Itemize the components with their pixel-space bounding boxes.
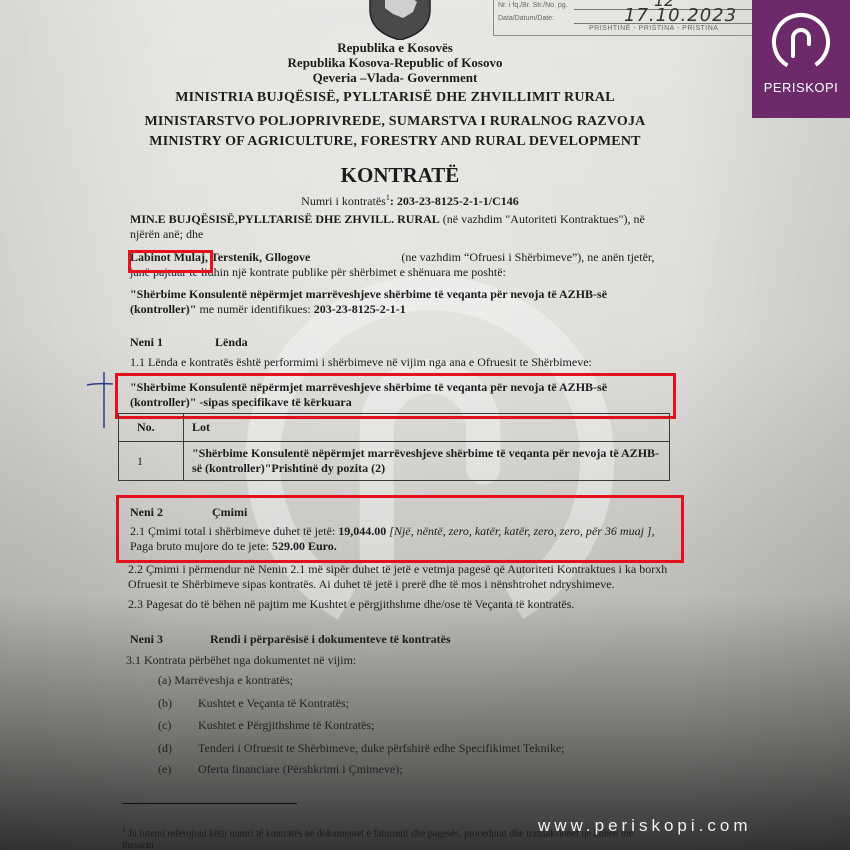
- article-2-label: Neni 2: [130, 505, 163, 520]
- stamp-date-value: 17.10.2023: [624, 5, 737, 26]
- column-header-no: No.: [119, 414, 184, 442]
- total-price: 19,044.00: [338, 524, 386, 538]
- website-link[interactable]: www.periskopi.com: [538, 816, 752, 836]
- list-item: (e)Oferta financiare (Përshkrimi i Çmime…: [158, 762, 403, 777]
- lot-number: 1: [119, 442, 184, 481]
- article-1-label: Neni 1: [130, 335, 163, 350]
- table-header-row: No. Lot: [119, 414, 670, 442]
- handwritten-cross-mark-icon: [85, 370, 115, 430]
- contract-number: Numri i kontratës1: 203-23-8125-2-1-1/C1…: [0, 193, 820, 209]
- article-3-label: Neni 3: [130, 632, 163, 647]
- kosovo-emblem-icon: [365, 0, 435, 40]
- article-1-paragraph: 1.1 Lënda e kontratës është performimi i…: [130, 355, 592, 370]
- ministry-name-sr: MINISTARSTVO POLJOPRIVREDE, SUMARSTVA I …: [0, 114, 790, 130]
- article-2-paragraph-3: 2.3 Pagesat do të bëhen në pajtim me Kus…: [128, 597, 688, 612]
- lot-description: "Shërbime Konsulentë nëpërmjet marrëvesh…: [184, 442, 670, 481]
- party-1: MIN.E BUJQËSISË,PYLLTARISË DHE ZHVILL. R…: [130, 212, 670, 242]
- table-row: 1 "Shërbime Konsulentë nëpërmjet marrëve…: [119, 442, 670, 481]
- party-1-name: MIN.E BUJQËSISË,PYLLTARISË DHE ZHVILL. R…: [130, 212, 440, 226]
- article-1-title: Lënda: [215, 335, 248, 350]
- lot-table: No. Lot 1 "Shërbime Konsulentë nëpërmjet…: [118, 413, 670, 481]
- monthly-salary: 529.00 Euro.: [272, 539, 337, 553]
- stamp-number-label: Nr. i fq./Br. Str./No. pg.: [498, 2, 568, 9]
- header-line-1: Republika e Kosovës: [0, 40, 790, 55]
- article-2-title: Çmimi: [212, 505, 247, 520]
- stamp-date-label: Data/Datum/Date:: [498, 15, 554, 22]
- price-in-words: [Një, nëntë, zero, katër, katër, zero, z…: [386, 524, 651, 538]
- registry-stamp: Nr. i fq./Br. Str./No. pg. 12 Data/Datum…: [493, 0, 785, 36]
- article-1-highlight: "Shërbime Konsulentë nëpërmjet marrëvesh…: [130, 380, 670, 410]
- list-item: (a) Marrëveshja e kontratës;: [158, 673, 293, 688]
- stamp-city: PRISHTINË - PRIŠTINA - PRISTINA: [589, 25, 718, 32]
- list-item: (c)Kushtet e Përgjithshme të Kontratës;: [158, 718, 374, 733]
- republic-header: Republika e Kosovës Republika Kosova-Rep…: [0, 40, 790, 85]
- list-item: (d)Tenderi i Ofruesit te Shërbimeve, duk…: [158, 741, 565, 756]
- document-title: KONTRATË: [0, 163, 800, 188]
- footnote-divider: [122, 803, 297, 804]
- list-item: (b)Kushtet e Veçanta të Kontratës;: [158, 696, 349, 711]
- column-header-lot: Lot: [184, 414, 670, 442]
- article-3-title: Rendi i përparësisë i dokumenteve të kon…: [210, 632, 451, 647]
- header-line-3: Qeveria –Vlada- Government: [0, 70, 790, 85]
- article-2-price: 2.1 Çmimi total i shërbimeve duhet të je…: [130, 524, 680, 554]
- article-3-paragraph: 3.1 Kontrata përbëhet nga dokumentet në …: [126, 653, 356, 668]
- article-2-paragraph-2: 2.2 Çmimi i përmendur në Nenin 2.1 më si…: [128, 562, 688, 592]
- service-title: "Shërbime Konsulentë nëpërmjet marrëvesh…: [130, 287, 670, 317]
- header-line-2: Republika Kosova-Republic of Kosovo: [0, 55, 790, 70]
- ministry-name-sq: MINISTRIA BUJQËSISË, PYLLTARISË DHE ZHVI…: [0, 90, 790, 106]
- ministry-name-en: MINISTRY OF AGRICULTURE, FORESTRY AND RU…: [0, 134, 790, 150]
- highlight-box-name: [128, 250, 213, 273]
